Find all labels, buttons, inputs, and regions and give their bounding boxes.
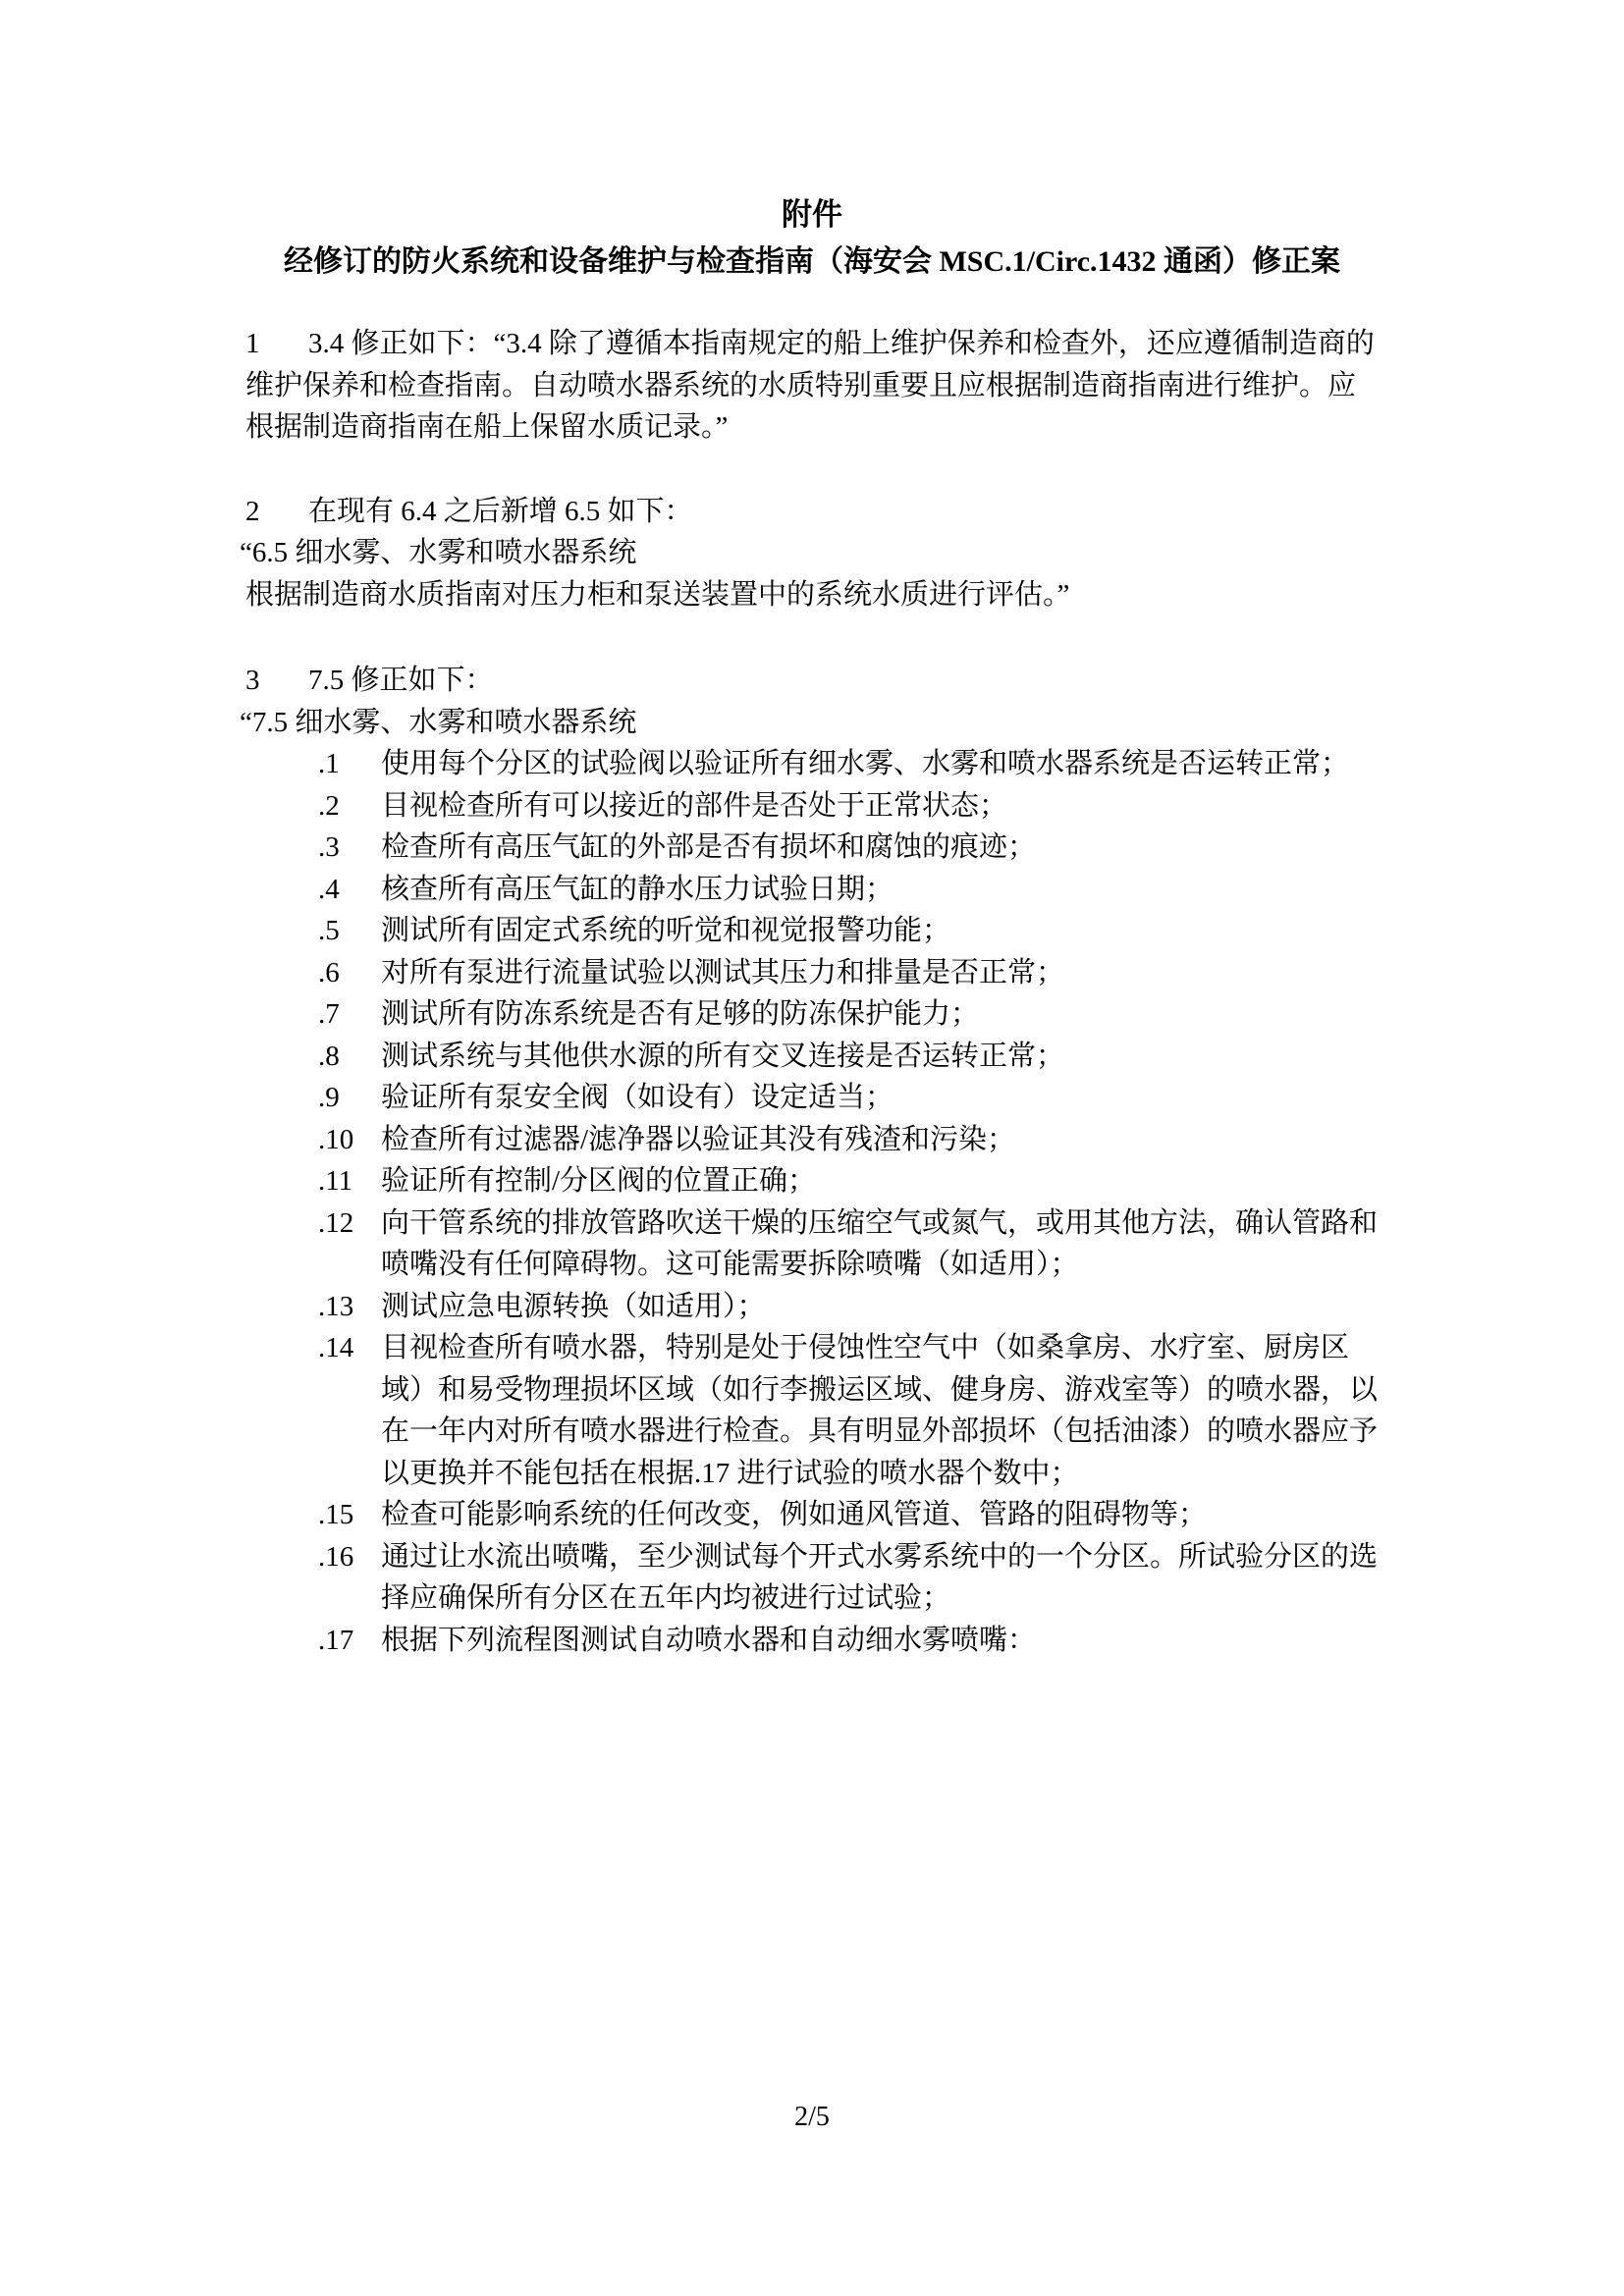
list-item-text: 测试应急电源转换（如适用）； xyxy=(381,1291,766,1322)
list-item-number: .1 xyxy=(318,743,340,785)
list-item-number: .12 xyxy=(318,1202,353,1245)
list-item-text: 核查所有高压气缸的静水压力试验日期； xyxy=(381,874,893,905)
list-item-text: 使用每个分区的试验阀以验证所有细水雾、水雾和喷水器系统是否运转正常； xyxy=(381,748,1349,779)
list-item: .4 核查所有高压气缸的静水压力试验日期； xyxy=(245,869,1379,911)
page-subtitle: 经修订的防火系统和设备维护与检查指南（海安会 MSC.1/Circ.1432 通… xyxy=(245,241,1379,284)
list-item-text: 对所有泵进行流量试验以测试其压力和排量是否正常； xyxy=(381,957,1064,988)
list-item: .10 检查所有过滤器/滤净器以验证其没有残渣和污染； xyxy=(245,1119,1379,1161)
list-item: .7 测试所有防冻系统是否有足够的防冻保护能力； xyxy=(245,993,1379,1036)
list-item-number: .11 xyxy=(318,1160,352,1202)
paragraph-3-number: 3 xyxy=(245,660,308,702)
list-item-text: 验证所有泵安全阀（如设有）设定适当； xyxy=(381,1082,893,1113)
list-item-text: 检查所有高压气缸的外部是否有损坏和腐蚀的痕迹； xyxy=(381,831,1036,863)
list-item: .8 测试系统与其他供水源的所有交叉连接是否运转正常； xyxy=(245,1036,1379,1078)
section-7-5-quote-heading: “7.5 细水雾、水雾和喷水器系统 xyxy=(245,702,1379,744)
list-item-text: 测试系统与其他供水源的所有交叉连接是否运转正常； xyxy=(381,1041,1064,1072)
paragraph-3-heading-line: 37.5 修正如下： xyxy=(245,660,1379,702)
paragraph-2: 2在现有 6.4 之后新增 6.5 如下： “6.5 细水雾、水雾和喷水器系统 … xyxy=(245,491,1379,616)
list-item-text: 根据下列流程图测试自动喷水器和自动细水雾喷嘴： xyxy=(381,1625,1036,1656)
list-item-number: .14 xyxy=(318,1327,353,1369)
list-item-number: .10 xyxy=(318,1119,353,1161)
paragraph-3-heading: 7.5 修正如下： xyxy=(308,665,494,696)
list-item-text: 检查可能影响系统的任何改变，例如通风管道、管路的阻碍物等； xyxy=(381,1499,1207,1530)
list-item-number: .5 xyxy=(318,910,340,952)
list-item-text: 测试所有固定式系统的听觉和视觉报警功能； xyxy=(381,915,950,946)
page-title: 附件 xyxy=(245,194,1379,237)
list-item-number: .6 xyxy=(318,952,340,994)
list-item: .2 目视检查所有可以接近的部件是否处于正常状态； xyxy=(245,785,1379,828)
page-number: 2/5 xyxy=(0,2097,1624,2139)
list-item-number: .13 xyxy=(318,1286,353,1328)
list-item: .1 使用每个分区的试验阀以验证所有细水雾、水雾和喷水器系统是否运转正常； xyxy=(245,743,1379,785)
list-item: .13 测试应急电源转换（如适用）； xyxy=(245,1286,1379,1328)
list-item-number: .17 xyxy=(318,1620,353,1662)
paragraph-2-number: 2 xyxy=(245,491,308,533)
paragraph-3: 37.5 修正如下： “7.5 细水雾、水雾和喷水器系统 xyxy=(245,660,1379,743)
list-item-number: .4 xyxy=(318,869,340,911)
list-item-number: .2 xyxy=(318,785,340,828)
list-item: .17 根据下列流程图测试自动喷水器和自动细水雾喷嘴： xyxy=(245,1620,1379,1662)
list-item-text: 通过让水流出喷嘴，至少测试每个开式水雾系统中的一个分区。所试验分区的选择应确保所… xyxy=(381,1541,1378,1615)
list-item: .12 向干管系统的排放管路吹送干燥的压缩空气或氮气，或用其他方法，确认管路和喷… xyxy=(245,1202,1379,1286)
list-item-number: .8 xyxy=(318,1036,340,1078)
list-item-text: 目视检查所有喷水器，特别是处于侵蚀性空气中（如桑拿房、水疗室、厨房区域）和易受物… xyxy=(381,1332,1378,1489)
document-page: 附件 经修订的防火系统和设备维护与检查指南（海安会 MSC.1/Circ.143… xyxy=(0,0,1624,2296)
paragraph-1: 13.4 修正如下：“3.4 除了遵循本指南规定的船上维护保养和检查外，还应遵循… xyxy=(245,323,1379,449)
list-item-number: .9 xyxy=(318,1077,340,1119)
list-item-text: 测试所有防冻系统是否有足够的防冻保护能力； xyxy=(381,998,979,1030)
list-item: .15 检查可能影响系统的任何改变，例如通风管道、管路的阻碍物等； xyxy=(245,1494,1379,1536)
amendment-list: .1 使用每个分区的试验阀以验证所有细水雾、水雾和喷水器系统是否运转正常； .2… xyxy=(245,743,1379,1661)
paragraph-1-number: 1 xyxy=(245,323,308,365)
paragraph-1-text: 3.4 修正如下：“3.4 除了遵循本指南规定的船上维护保养和检查外，还应遵循制… xyxy=(245,328,1375,443)
list-item: .5 测试所有固定式系统的听觉和视觉报警功能； xyxy=(245,910,1379,952)
list-item: .11 验证所有控制/分区阀的位置正确； xyxy=(245,1160,1379,1202)
list-item-number: .15 xyxy=(318,1494,353,1536)
document-content: 附件 经修订的防火系统和设备维护与检查指南（海安会 MSC.1/Circ.143… xyxy=(245,194,1379,1661)
list-item-number: .16 xyxy=(318,1536,353,1578)
section-6-5-quote-body: 根据制造商水质指南对压力柜和泵送装置中的系统水质进行评估。” xyxy=(245,574,1379,616)
paragraph-2-heading: 在现有 6.4 之后新增 6.5 如下： xyxy=(308,496,693,527)
list-item: .14 目视检查所有喷水器，特别是处于侵蚀性空气中（如桑拿房、水疗室、厨房区域）… xyxy=(245,1327,1379,1494)
list-item: .6 对所有泵进行流量试验以测试其压力和排量是否正常； xyxy=(245,952,1379,994)
paragraph-2-heading-line: 2在现有 6.4 之后新增 6.5 如下： xyxy=(245,491,1379,533)
list-item: .16 通过让水流出喷嘴，至少测试每个开式水雾系统中的一个分区。所试验分区的选择… xyxy=(245,1536,1379,1620)
list-item: .3 检查所有高压气缸的外部是否有损坏和腐蚀的痕迹； xyxy=(245,827,1379,869)
list-item-number: .3 xyxy=(318,827,340,869)
list-item-text: 检查所有过滤器/滤净器以验证其没有残渣和污染； xyxy=(381,1124,1015,1155)
section-6-5-quote-heading: “6.5 细水雾、水雾和喷水器系统 xyxy=(245,532,1379,574)
list-item: .9 验证所有泵安全阀（如设有）设定适当； xyxy=(245,1077,1379,1119)
list-item-text: 向干管系统的排放管路吹送干燥的压缩空气或氮气，或用其他方法，确认管路和喷嘴没有任… xyxy=(381,1207,1378,1281)
list-item-text: 目视检查所有可以接近的部件是否处于正常状态； xyxy=(381,790,1007,822)
list-item-text: 验证所有控制/分区阀的位置正确； xyxy=(381,1165,816,1197)
list-item-number: .7 xyxy=(318,993,340,1036)
